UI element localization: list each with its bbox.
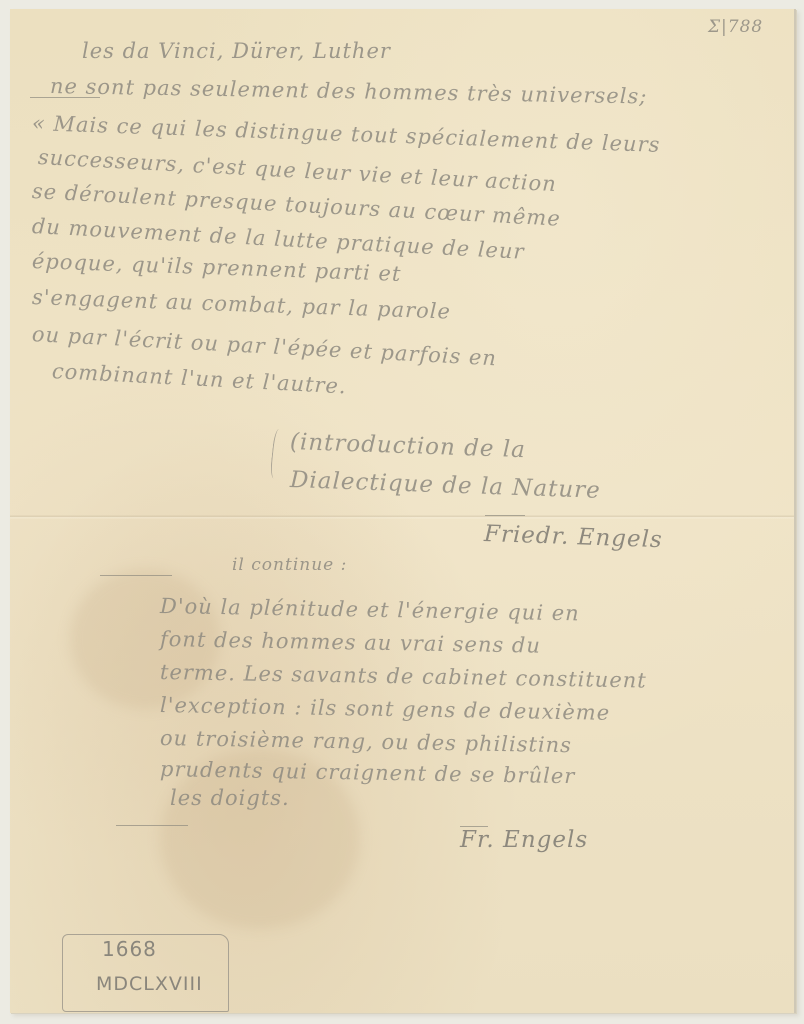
source-line: (introduction de la <box>290 429 527 463</box>
continuation-line: ou troisième rang, ou des philistins <box>160 726 572 757</box>
quote-line: s'engagent au combat, par la parole <box>32 285 452 324</box>
separator-rule <box>100 575 172 576</box>
continuation-line: terme. Les savants de cabinet constituen… <box>160 660 647 692</box>
archive-number: 1668 <box>102 937 157 961</box>
continuation-line: l'exception : ils sont gens de deuxième <box>160 693 611 725</box>
quote-line: combinant l'un et l'autre. <box>51 359 347 398</box>
quote-line: ne sont pas seulement des hommes très un… <box>50 74 648 108</box>
manuscript-page: Σ|788 les da Vinci, Dürer, Luther ne son… <box>10 9 796 1013</box>
paper-fold-line <box>10 515 794 519</box>
continuation-line: les doigts. <box>170 786 290 810</box>
archive-roman-numeral: MDCLXVIII <box>96 973 203 995</box>
continuation-line: D'où la plénitude et l'énergie qui en <box>160 594 580 625</box>
source-bracket <box>269 429 285 480</box>
signature: Fr. Engels <box>460 827 588 853</box>
catalog-mark: Σ|788 <box>708 17 763 37</box>
separator-rule <box>116 825 188 826</box>
continuation-intro: il continue : <box>232 555 347 575</box>
source-line: Dialectique de la Nature <box>290 467 602 504</box>
underline-rule <box>30 97 100 98</box>
quote-author: Friedr. Engels <box>484 521 664 553</box>
signature-overline <box>485 515 525 516</box>
quote-line: les da Vinci, Dürer, Luther <box>82 39 391 63</box>
